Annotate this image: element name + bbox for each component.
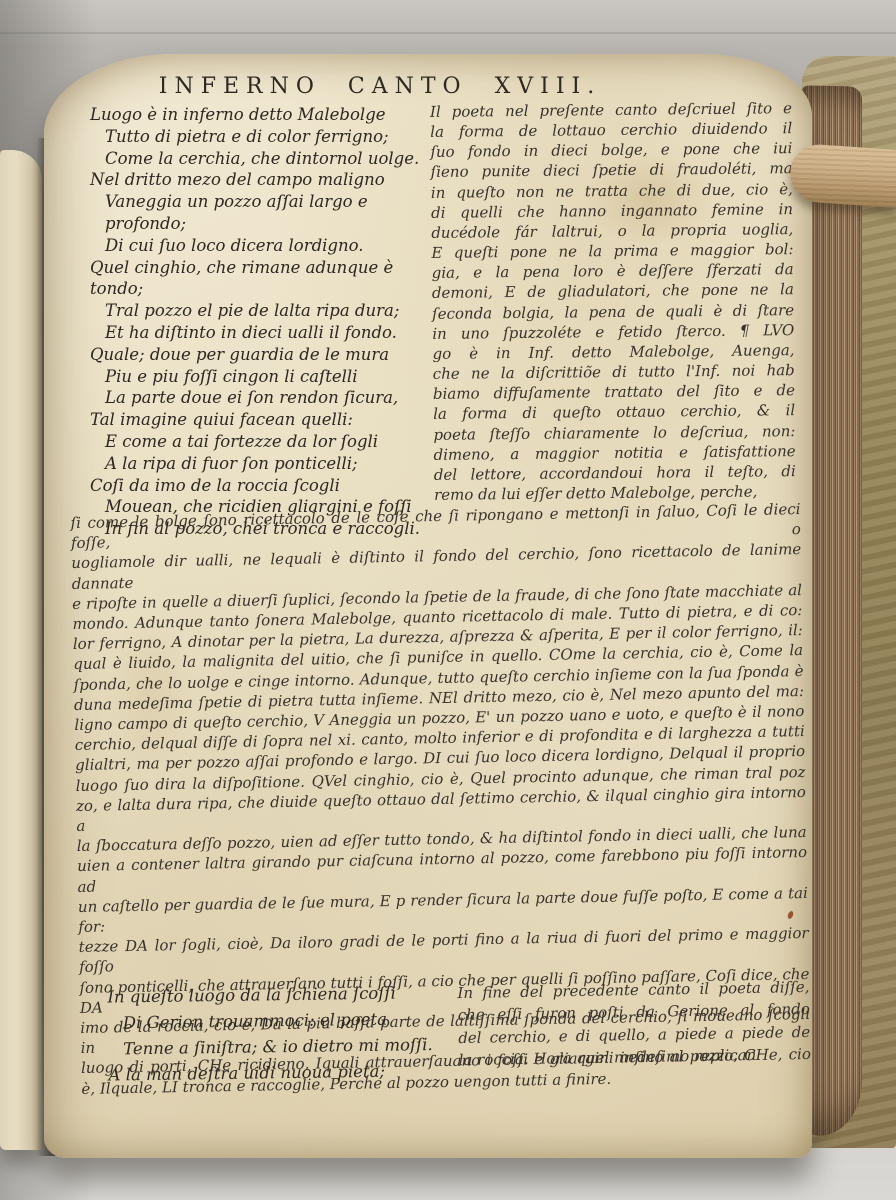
verse-line: E come a tai fortezze da lor ſogli	[90, 431, 448, 453]
verse-column-top: Luogo è in inferno detto MalebolgeTutto …	[90, 104, 448, 540]
verse-line: A la man deſtra uidi nuoua pieta;	[108, 1057, 473, 1088]
verse-line: Di cui ſuo loco dicera lordigno.	[90, 235, 448, 257]
verse-column-bottom: In queſto luogo da la ſchiena ſcoſſiDi G…	[107, 979, 473, 1088]
verse-line: Tenne a ſiniſtra; & io dietro mi moſſi.	[108, 1031, 473, 1062]
wooden-book-weight	[788, 143, 896, 208]
verse-line: Piu e piu foſſi cingon li caſtelli	[90, 366, 448, 388]
commentary-column-bottom: In fine del precedente canto il poeta di…	[457, 976, 811, 1071]
verse-line: A la ripa di fuor ſon ponticelli;	[90, 453, 448, 475]
verse-line: Tutto di pietra e di color ferrigno;	[90, 126, 448, 148]
verse-line: Quale; doue per guardia de le mura	[90, 344, 448, 366]
verse-line: Luogo è in inferno detto Malebolge	[90, 104, 448, 126]
commentary-column-right: Il poeta nel preſente canto deſcriuel ſi…	[430, 98, 796, 505]
verse-line: Et ha diſtinto in dieci ualli il fondo.	[90, 322, 448, 344]
page-title: INFERNO CANTO XVIII.	[140, 74, 620, 99]
book-page: INFERNO CANTO XVIII. Luogo è in inferno …	[44, 54, 812, 1158]
verse-line: Come la cerchia, che dintornol uolge.	[90, 148, 448, 170]
verse-line: La parte doue ei ſon rendon ſicura,	[90, 387, 448, 409]
verse-line: Vaneggia un pozzo aſſai largo e profondo…	[90, 191, 448, 235]
verse-line: Tal imagine quiui facean quelli:	[90, 409, 448, 431]
photo-scene: INFERNO CANTO XVIII. Luogo è in inferno …	[0, 0, 896, 1200]
verse-line: Tral pozzo el pie de lalta ripa dura;	[90, 300, 448, 322]
verse-line: Nel dritto mezo del campo maligno	[90, 169, 448, 191]
verse-line: Coſi da imo de la roccia ſcogli	[90, 475, 448, 497]
verse-line: Quel cinghio, che rimane adunque è tondo…	[90, 257, 448, 301]
